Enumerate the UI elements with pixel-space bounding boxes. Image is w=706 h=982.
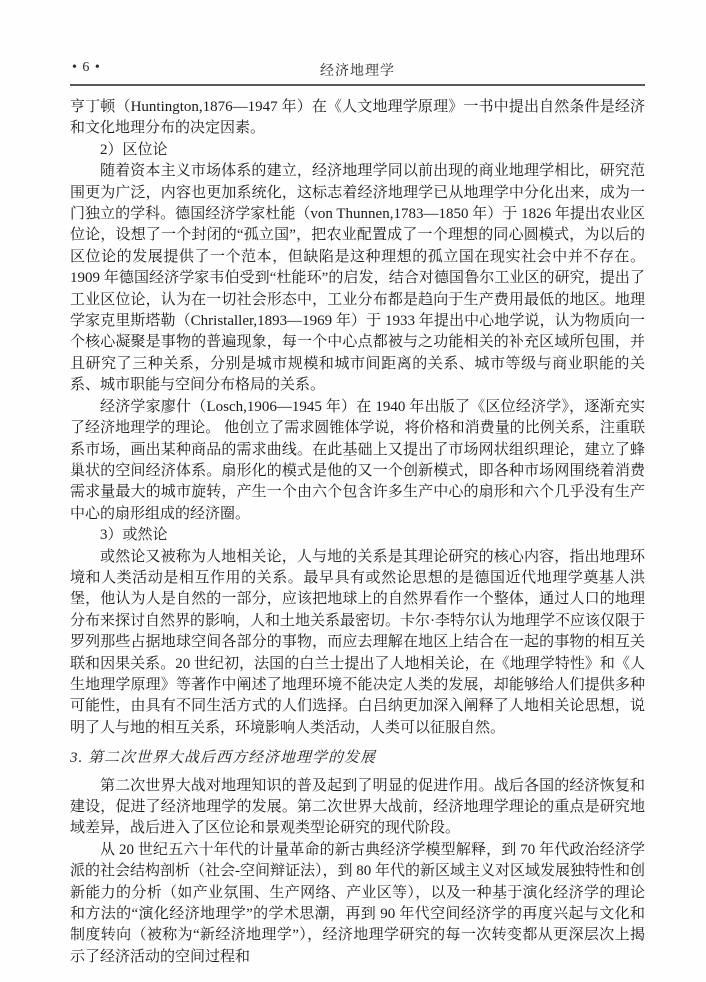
paragraph-postwar-1: 第二次世界大战对地理知识的普及起到了明显的促进作用。战后各国的经济恢复和建设，促… — [70, 776, 645, 840]
paragraph-huntington: 亨丁顿（Huntington,1876—1947 年）在《人文地理学原理》一书中… — [70, 97, 645, 140]
paragraph-losch: 经济学家廖什（Losch,1906—1945 年）在 1940 年出版了《区位经… — [70, 397, 645, 525]
subheading-probabilism: 3）或然论 — [70, 525, 645, 546]
book-page: • 6 • 经济地理学 亨丁顿（Huntington,1876—1947 年）在… — [0, 0, 706, 982]
page-content: 亨丁顿（Huntington,1876—1947 年）在《人文地理学原理》一书中… — [70, 97, 645, 968]
page-header: • 6 • 经济地理学 — [70, 60, 645, 80]
paragraph-postwar-2: 从 20 世纪五六十年代的计量革命的新古典经济学模型解释，到 70 年代政治经济… — [70, 840, 645, 968]
header-rule — [70, 84, 645, 86]
section-heading-postwar-development: 3. 第二次世界大战后西方经济地理学的发展 — [70, 748, 645, 769]
running-title: 经济地理学 — [70, 60, 645, 80]
paragraph-location-theory: 随着资本主义市场体系的建立，经济地理学同以前出现的商业地理学相比，研究范围更为广… — [70, 161, 645, 396]
subheading-location-theory: 2）区位论 — [70, 140, 645, 161]
paragraph-probabilism: 或然论又被称为人地相关论，人与地的关系是其理论研究的核心内容，指出地理环境和人类… — [70, 547, 645, 740]
